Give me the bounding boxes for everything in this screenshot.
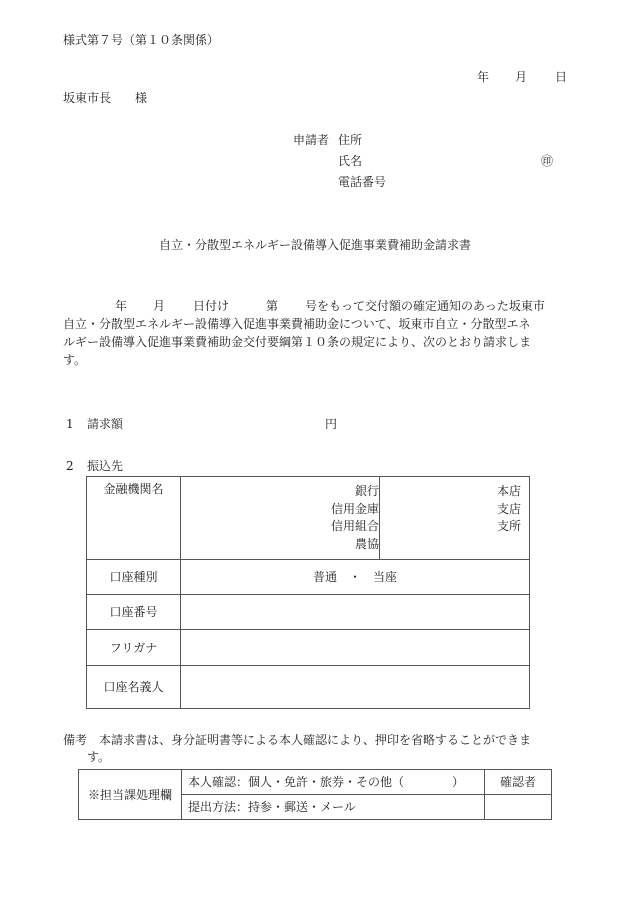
furigana-field[interactable] (181, 630, 530, 666)
branch-cell[interactable]: 本店 支店 支所 (380, 477, 530, 560)
phone-label: 電話番号 (338, 176, 386, 188)
note-label: 備考 (63, 734, 87, 746)
addressee: 坂東市長 様 (63, 92, 147, 104)
date-month: 月 (515, 71, 527, 83)
branch-main: 本店 (380, 483, 521, 501)
item1-number: 1 (66, 418, 74, 430)
applicant-label: 申請者 (293, 134, 329, 146)
institution-name-cell[interactable]: 銀行 信用金庫 信用組合 農協 (181, 477, 380, 560)
body-day: 日付け (193, 300, 229, 312)
item2-label: 振込先 (87, 460, 123, 472)
date-year: 年 (477, 71, 489, 83)
type-nokyo: 農協 (181, 536, 379, 554)
body-line4: す。 (63, 354, 86, 366)
confirmer-label: 確認者 (485, 770, 552, 795)
institution-label-cell: 金融機関名 (87, 477, 181, 560)
branch-sub: 支店 (380, 501, 521, 519)
body-year: 年 (115, 300, 127, 312)
furigana-label: フリガナ (87, 630, 181, 666)
item1-label: 請求額 (87, 418, 123, 430)
seal-mark: ㊞ (541, 155, 553, 167)
body-line1-rest: 号をもって交付額の確定通知のあった坂東市 (305, 300, 545, 312)
identity-check[interactable]: 本人確認：個人・免許・旅券・その他（ ） (182, 770, 485, 795)
branch-office: 支所 (380, 518, 521, 536)
body-line2: 自立・分散型エネルギー設備導入促進事業費補助金について、坂東市自立・分散型エネ (63, 318, 531, 330)
account-type-label: 口座種別 (87, 560, 181, 595)
account-number-field[interactable] (181, 595, 530, 630)
confirmer-field[interactable] (485, 795, 552, 820)
type-bank: 銀行 (181, 483, 379, 501)
body-line3: ルギー設備導入促進事業費補助金交付要綱第１０条の規定により、次のとおり請求しま (63, 336, 531, 348)
type-credit-union: 信用組合 (181, 518, 379, 536)
note-line2: す。 (87, 751, 110, 763)
holder-field[interactable] (181, 666, 530, 709)
account-type-value[interactable]: 普通 ・ 当座 (181, 560, 530, 595)
holder-label: 口座名義人 (87, 666, 181, 709)
note-line1: 本請求書は、身分証明書等による本人確認により、押印を省略することができま (99, 734, 531, 746)
item1-unit: 円 (325, 418, 337, 430)
body-no: 第 (266, 300, 278, 312)
office-table: ※担当課処理欄 本人確認：個人・免許・旅券・その他（ ） 確認者 提出方法：持参… (78, 769, 552, 820)
form-number: 様式第７号（第１０条関係） (63, 34, 219, 46)
office-label: ※担当課処理欄 (79, 770, 182, 820)
submission-method[interactable]: 提出方法：持参・郵送・メール (182, 795, 485, 820)
bank-table: 金融機関名 銀行 信用金庫 信用組合 農協 本店 支店 支所 口座種別 普通 ・… (86, 476, 530, 709)
account-number-label: 口座番号 (87, 595, 181, 630)
institution-label: 金融機関名 (103, 482, 163, 496)
body-month: 月 (153, 300, 165, 312)
date-day: 日 (555, 71, 567, 83)
name-label: 氏名 (338, 155, 362, 167)
address-label: 住所 (338, 134, 362, 146)
item2-number: 2 (66, 460, 74, 472)
type-shinkin: 信用金庫 (181, 501, 379, 519)
document-title: 自立・分散型エネルギー設備導入促進事業費補助金請求書 (0, 239, 630, 251)
